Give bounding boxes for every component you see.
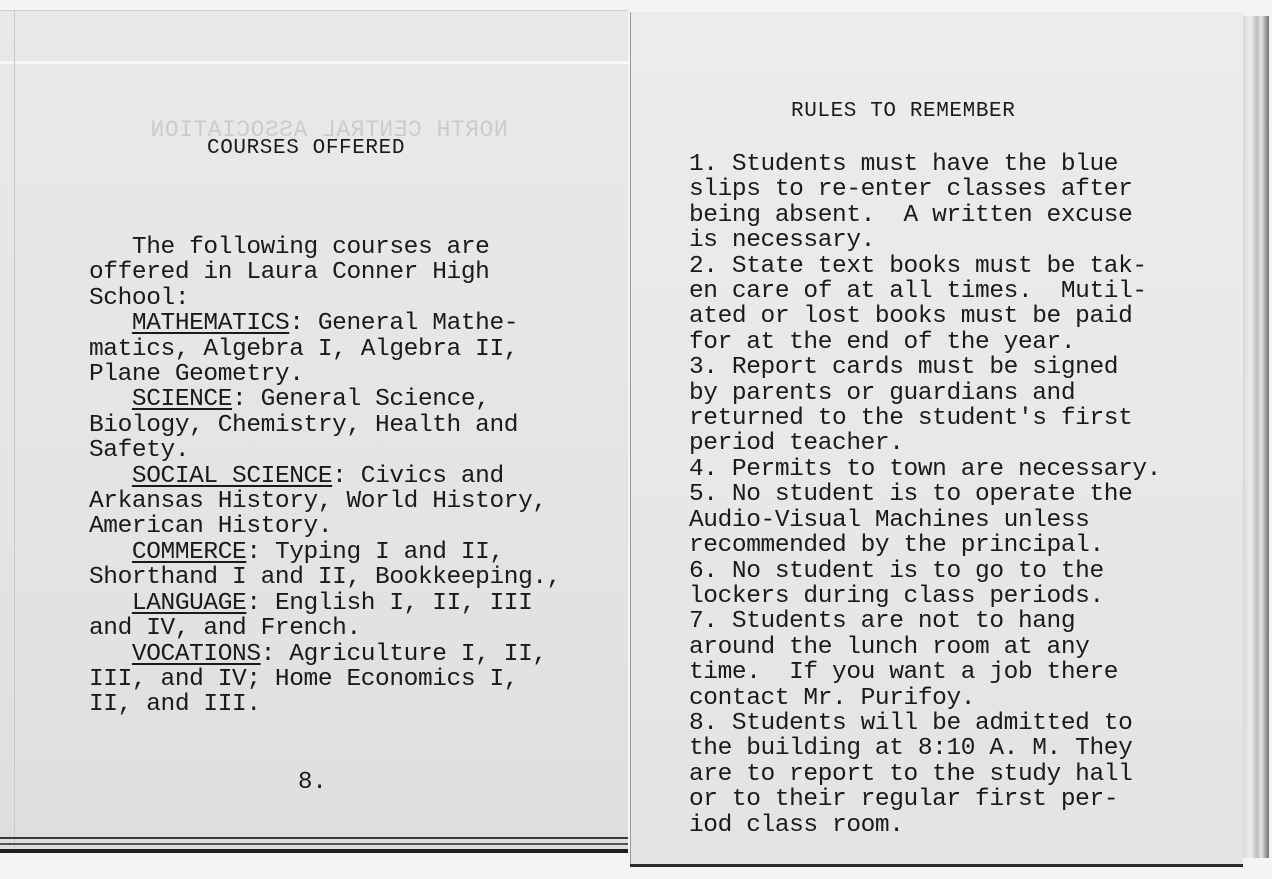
subject-line: III, and IV; Home Economics I, [89, 667, 561, 692]
subject-heading-line: LANGUAGE: English I, II, III [89, 591, 561, 616]
subject-courses: : English I, II, III [246, 590, 532, 617]
subject-courses: : General Science, [232, 386, 489, 413]
rule-line: en care of at all times. Mutil- [689, 279, 1161, 304]
subject-line: and IV, and French. [89, 616, 561, 641]
subject-courses: : Civics and [332, 463, 504, 490]
rules-body: 1. Students must have the blueslips to r… [689, 152, 1161, 838]
rule-line: 4. Permits to town are necessary. [689, 457, 1161, 482]
subject-line: Plane Geometry. [89, 362, 561, 387]
page-stack-edges [0, 833, 628, 863]
rule-line: by parents or guardians and [689, 381, 1161, 406]
subject-courses: : Typing I and II, [246, 539, 503, 566]
rules-to-remember-title: RULES TO REMEMBER [791, 100, 1015, 123]
rule-line: returned to the student's first [689, 406, 1161, 431]
subject-line: Biology, Chemistry, Health and [89, 413, 561, 438]
subject-line: matics, Algebra I, Algebra II, [89, 337, 561, 362]
left-page: NORTH CENTRAL ASSOCIATION COURSES OFFERE… [0, 10, 628, 849]
intro-line: The following courses are [89, 235, 561, 260]
rule-line: 3. Report cards must be signed [689, 355, 1161, 380]
rule-line: 1. Students must have the blue [689, 152, 1161, 177]
rule-line: for at the end of the year. [689, 330, 1161, 355]
right-page: RULES TO REMEMBER 1. Students must have … [630, 12, 1243, 864]
subject-heading-line: SCIENCE: General Science, [89, 387, 561, 412]
rule-line: period teacher. [689, 431, 1161, 456]
rule-line: iod class room. [689, 813, 1161, 838]
page-edge-line [14, 11, 15, 849]
rule-line: 2. State text books must be tak- [689, 254, 1161, 279]
subject-heading-line: SOCIAL SCIENCE: Civics and [89, 464, 561, 489]
subject-heading: SCIENCE [132, 386, 232, 413]
rule-line: 8. Students will be admitted to [689, 711, 1161, 736]
rule-line: lockers during class periods. [689, 584, 1161, 609]
rule-line: 5. No student is to operate the [689, 482, 1161, 507]
subject-line: II, and III. [89, 692, 561, 717]
page-number-left: 8. [298, 769, 327, 796]
rule-line: the building at 8:10 A. M. They [689, 736, 1161, 761]
courses-offered-title: COURSES OFFERED [207, 137, 405, 160]
subject-heading-line: VOCATIONS: Agriculture I, II, [89, 642, 561, 667]
rule-line: being absent. A written excuse [689, 203, 1161, 228]
rule-line: 6. No student is to go to the [689, 559, 1161, 584]
subject-heading: VOCATIONS [132, 641, 261, 668]
subject-heading: SOCIAL SCIENCE [132, 463, 332, 490]
subject-heading: LANGUAGE [132, 590, 246, 617]
rule-line: is necessary. [689, 228, 1161, 253]
subject-line: Arkansas History, World History, [89, 489, 561, 514]
subject-line: American History. [89, 514, 561, 539]
subject-heading: COMMERCE [132, 539, 246, 566]
subject-line: Safety. [89, 438, 561, 463]
subject-line: Shorthand I and II, Bookkeeping., [89, 565, 561, 590]
subject-heading: MATHEMATICS [132, 310, 289, 337]
subject-courses: : Agriculture I, II, [261, 641, 547, 668]
rule-line: ated or lost books must be paid [689, 304, 1161, 329]
rule-line: 7. Students are not to hang [689, 609, 1161, 634]
rule-line: slips to re-enter classes after [689, 177, 1161, 202]
rule-line: Audio-Visual Machines unless [689, 508, 1161, 533]
rule-line: time. If you want a job there [689, 660, 1161, 685]
rule-line: are to report to the study hall [689, 762, 1161, 787]
subject-courses: : General Mathe- [289, 310, 518, 337]
rule-line: recommended by the principal. [689, 533, 1161, 558]
rule-line: contact Mr. Purifoy. [689, 686, 1161, 711]
intro-line: offered in Laura Conner High [89, 260, 561, 285]
subject-heading-line: MATHEMATICS: General Mathe- [89, 311, 561, 336]
rule-line: or to their regular first per- [689, 787, 1161, 812]
rule-line: around the lunch room at any [689, 635, 1161, 660]
subject-heading-line: COMMERCE: Typing I and II, [89, 540, 561, 565]
intro-line: School: [89, 286, 561, 311]
courses-offered-body: The following courses areoffered in Laur… [89, 235, 561, 718]
page-stack-edge [1243, 16, 1269, 858]
page-fold-crease [0, 61, 628, 64]
